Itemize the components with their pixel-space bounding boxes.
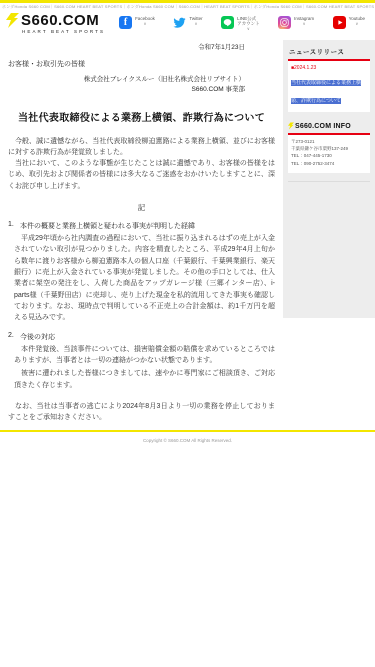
twitter-link[interactable]: Twitter ∨ <box>173 16 202 29</box>
info-address: 千葉県鎌ケ谷市粟野137-249 <box>291 145 367 152</box>
copyright-text: Copyright © S660.COM All Rights Reserved… <box>0 438 375 443</box>
info-logo: S660.COM INFO <box>288 122 370 130</box>
twitter-icon <box>173 16 186 29</box>
logo-tagline: HEART BEAT SPORTS <box>22 29 105 34</box>
content-row: 令和7年1月23日 お客様・お取引先の皆様 株式会社ブレイクスルー（旧社名株式会… <box>0 40 375 424</box>
section-2-heading: 今後の対応 <box>20 332 55 342</box>
ki-marker: 記 <box>8 202 275 213</box>
chevron-down-icon: ∨ <box>247 27 250 31</box>
info-box: 〒273-0121 千葉県鎌ケ谷市粟野137-249 TEL：047-445-1… <box>288 133 370 173</box>
line-link[interactable]: LINE公式 アカウント ∨ <box>221 16 259 32</box>
section-2-body-1: 本件発覚後、当該事件については、損害賠償金額の賠償を求めているところではあります… <box>14 344 275 367</box>
instagram-icon <box>278 16 291 29</box>
section-2: 2. 今後の対応 本件発覚後、当該事件については、損害賠償金額の賠償を求めている… <box>8 332 275 391</box>
section-1-heading: 本件の概要と業務上横領と疑われる事実が判明した経緯 <box>20 221 195 231</box>
line-icon <box>221 16 234 29</box>
chevron-down-icon: ∨ <box>143 22 146 26</box>
salutation: お客様・お取引先の皆様 <box>8 59 275 69</box>
document-title: 当社代表取締役による業務上横領、詐欺行為について <box>8 109 275 124</box>
info-tel-1: TEL：047-445-1730 <box>291 152 367 159</box>
company-signature: 株式会社ブレイクスルー（旧社名株式会社リブサイト） S660.COM 事業部 <box>8 75 275 95</box>
news-release-box: ■2024.1.23 当社代表取締役による業務上横領、詐欺行為について <box>288 61 370 112</box>
section-2-body-2: 被害に遭われました皆様につきましては、速やかに専門家にご相談頂き、ご対応頂きたく… <box>14 368 275 391</box>
intro-paragraph-2: 当社において、このような事態が生じたことは誠に遺憾であり、お客様の皆様をはじめ、… <box>8 158 275 192</box>
chevron-down-icon: ∨ <box>355 22 358 26</box>
news-item-link[interactable]: 当社代表取締役による業務上横領、詐欺行為について <box>291 80 361 104</box>
social-links: f Facebook ∨ Twitter ∨ <box>119 16 369 32</box>
info-tel-2: TEL：090-2752-3474 <box>291 160 367 167</box>
intro-paragraph-1: 今般、誠に遺憾ながら、当社代表取締役柳迫憲路による業務上横領、並びにお客様に対す… <box>8 136 275 159</box>
document-date: 令和7年1月23日 <box>8 42 275 51</box>
news-item-date: ■2024.1.23 <box>291 65 367 71</box>
section-1: 1. 本件の概要と業務上横領と疑われる事実が判明した経緯 平成29年頃から社内調… <box>8 221 275 324</box>
info-title: S660.COM INFO <box>295 123 351 130</box>
line-label: LINE公式 アカウント <box>237 16 259 27</box>
chevron-down-icon: ∨ <box>303 22 306 26</box>
notice-document: 令和7年1月23日 お客様・お取引先の皆様 株式会社ブレイクスルー（旧社名株式会… <box>0 40 283 424</box>
site-header: S660.COM HEART BEAT SPORTS f Facebook ∨ … <box>0 11 375 40</box>
section-2-number: 2. <box>8 332 20 342</box>
instagram-link[interactable]: Instagram ∨ <box>278 16 314 29</box>
sidebar-divider <box>288 181 370 182</box>
youtube-link[interactable]: Youtube ∨ <box>333 16 365 29</box>
section-1-body: 平成29年頃から社内調査の過程において、当社に振り込まれるはずの売上が入金されて… <box>14 233 275 324</box>
lightning-bolt-icon <box>6 13 19 28</box>
facebook-link[interactable]: f Facebook ∨ <box>119 16 155 29</box>
site-logo[interactable]: S660.COM HEART BEAT SPORTS <box>6 13 105 34</box>
youtube-icon <box>333 16 346 29</box>
company-division: S660.COM 事業部 <box>8 85 245 95</box>
facebook-icon: f <box>119 16 132 29</box>
logo-text: S660.COM <box>21 13 99 28</box>
page: ホンダHonda S660 COM｜S660.COM HEART BEAT SP… <box>0 0 375 667</box>
news-release-heading: ニュースリリース <box>288 45 370 61</box>
sidebar: ニュースリリース ■2024.1.23 当社代表取締役による業務上横領、詐欺行為… <box>283 40 375 318</box>
info-postal-code: 〒273-0121 <box>291 138 367 145</box>
chevron-down-icon: ∨ <box>195 22 198 26</box>
company-name: 株式会社ブレイクスルー（旧社名株式会社リブサイト） <box>8 75 245 85</box>
meta-title-text: ホンダHonda S660 COM｜S660.COM HEART BEAT SP… <box>0 3 375 11</box>
closing-paragraph: なお、当社は当事者の逃亡により2024年8月3日より一切の業務を停止しております… <box>8 401 275 424</box>
footer-accent-rule <box>0 430 375 432</box>
lightning-bolt-icon <box>288 122 294 130</box>
section-1-number: 1. <box>8 221 20 231</box>
